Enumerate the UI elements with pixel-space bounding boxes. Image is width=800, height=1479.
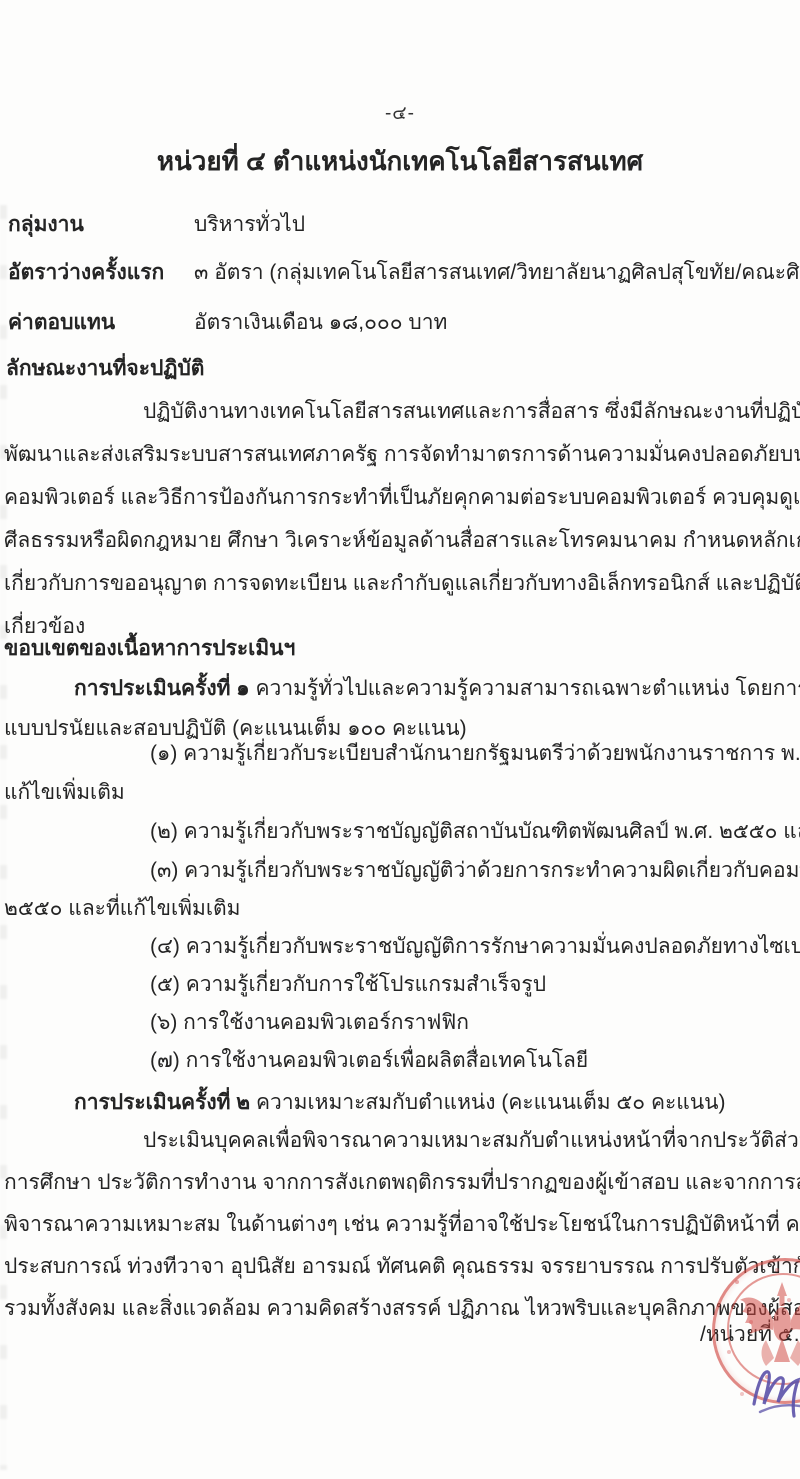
job-description-line: ปฏิบัติงานทางเทคโนโลยีสารสนเทศและการสื่อ…	[143, 399, 800, 424]
job-description-line: คอมพิวเตอร์ และวิธีการป้องกันการกระทำที่…	[4, 485, 800, 510]
page-title: หน่วยที่ ๔ ตำแหน่งนักเทคโนโลยีสารสนเทศ	[0, 146, 800, 177]
evaluation-scope-heading: ขอบเขตของเนื้อหาการประเมินฯ	[4, 636, 295, 661]
stamp-ink-speckles	[735, 1280, 739, 1284]
exam-topic-item: (๒) ความรู้เกี่ยวกับพระราชบัญญัติสถาบันบ…	[150, 819, 800, 844]
evaluation-second-line: การศึกษา ประวัติการทำงาน จากการสังเกตพฤต…	[4, 1170, 800, 1195]
handwritten-initial-signature	[748, 1342, 800, 1427]
exam-topic-item: (๔) ความรู้เกี่ยวกับพระราชบัญญัติการรักษ…	[150, 934, 800, 959]
job-description-heading: ลักษณะงานที่จะปฏิบัติ	[6, 356, 204, 381]
evaluation-second-line: ประสบการณ์ ท่วงทีวาจา อุปนิสัย อารมณ์ ทั…	[4, 1254, 800, 1279]
evaluation-first-title-bold: การประเมินครั้งที่ ๑	[74, 677, 250, 700]
vacancies-value: ๓ อัตรา (กลุ่มเทคโนโลยีสารสนเทศ/วิทยาลัย…	[194, 260, 800, 285]
exam-topic-item: (๗) การใช้งานคอมพิวเตอร์เพื่อผลิตสื่อเทค…	[150, 1048, 588, 1073]
work-group-label: กลุ่มงาน	[8, 212, 84, 237]
evaluation-second-title-bold: การประเมินครั้งที่ ๒	[74, 1091, 250, 1114]
job-description-line: เกี่ยวกับการขออนุญาต การจดทะเบียน และกำก…	[4, 571, 800, 596]
compensation-label: ค่าตอบแทน	[8, 310, 115, 335]
exam-topic-item: (๕) ความรู้เกี่ยวกับการใช้โปรแกรมสำเร็จร…	[150, 972, 546, 997]
evaluation-second-line: พิจารณาความเหมาะสม ในด้านต่างๆ เช่น ความ…	[4, 1212, 800, 1237]
document-page: -๔- หน่วยที่ ๔ ตำแหน่งนักเทคโนโลยีสารสนเ…	[0, 0, 800, 1479]
evaluation-first-title-rest: ความรู้ทั่วไปและความรู้ความสามารถเฉพาะตำ…	[250, 677, 800, 700]
scan-artifact-streak	[0, 205, 7, 1470]
job-description-line: พัฒนาและส่งเสริมระบบสารสนเทศภาครัฐ การจั…	[4, 442, 800, 467]
evaluation-first-title-line2: แบบปรนัยและสอบปฏิบัติ (คะแนนเต็ม ๑๐๐ คะแ…	[4, 716, 467, 741]
exam-topic-item: (๓) ความรู้เกี่ยวกับพระราชบัญญัติว่าด้วย…	[150, 858, 800, 883]
work-group-value: บริหารทั่วไป	[194, 212, 305, 237]
job-description-line: ศีลธรรมหรือผิดกฎหมาย ศึกษา วิเคราะห์ข้อม…	[4, 528, 800, 553]
evaluation-second-title: การประเมินครั้งที่ ๒ ความเหมาะสมกับตำแหน…	[74, 1090, 726, 1115]
page-number: -๔-	[0, 103, 800, 126]
exam-topic-item-continuation: ๒๕๕๐ และที่แก้ไขเพิ่มเติม	[4, 896, 241, 921]
exam-topic-item: (๑) ความรู้เกี่ยวกับระเบียบสำนักนายกรัฐม…	[150, 741, 800, 766]
exam-topic-item-continuation: แก้ไขเพิ่มเติม	[4, 780, 125, 805]
compensation-value: อัตราเงินเดือน ๑๘,๐๐๐ บาท	[194, 310, 447, 335]
evaluation-first-title: การประเมินครั้งที่ ๑ ความรู้ทั่วไปและควา…	[74, 676, 800, 701]
vacancies-label: อัตราว่างครั้งแรก	[8, 260, 164, 285]
evaluation-second-line: รวมทั้งสังคม และสิ่งแวดล้อม ความคิดสร้าง…	[4, 1296, 800, 1321]
evaluation-second-line: ประเมินบุคคลเพื่อพิจารณาความเหมาะสมกับตำ…	[143, 1128, 800, 1153]
evaluation-second-title-rest: ความเหมาะสมกับตำแหน่ง (คะแนนเต็ม ๕๐ คะแน…	[250, 1091, 725, 1114]
exam-topic-item: (๖) การใช้งานคอมพิวเตอร์กราฟฟิก	[150, 1010, 469, 1035]
